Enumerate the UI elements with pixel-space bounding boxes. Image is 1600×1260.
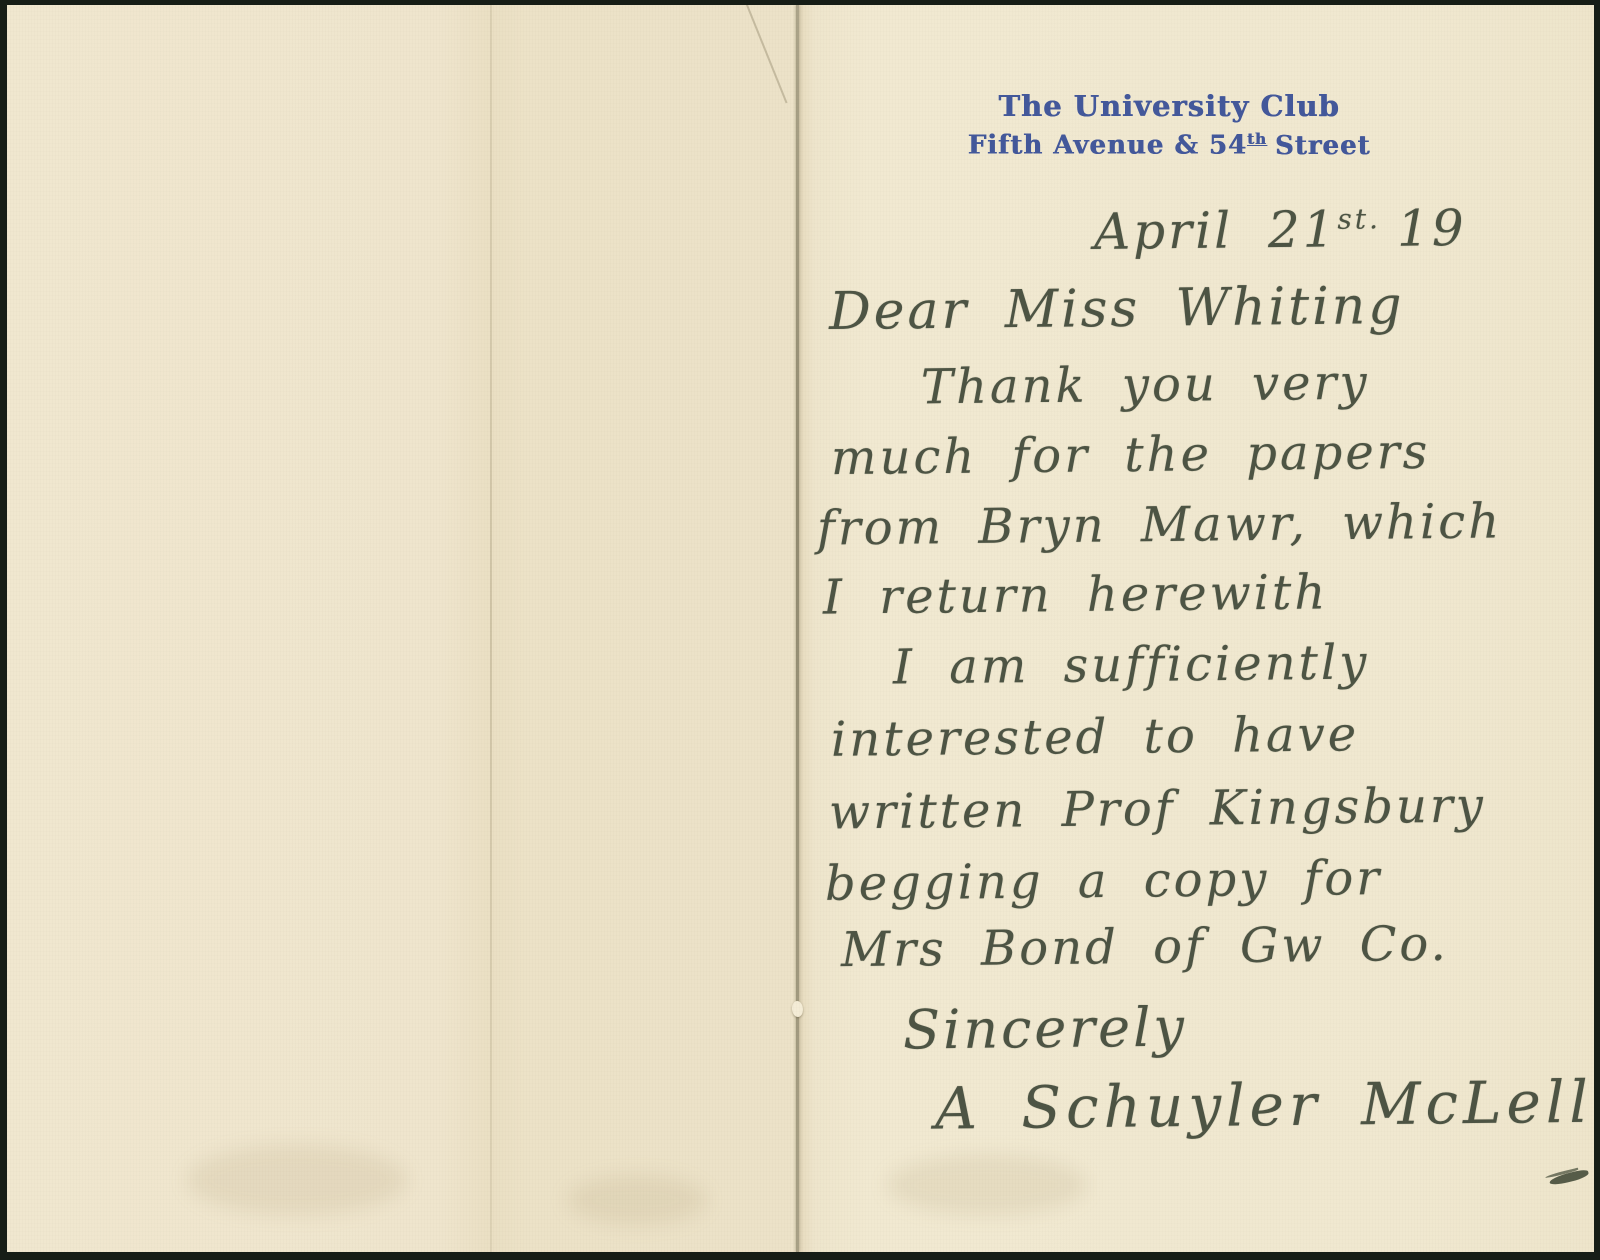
center-fold-crease (796, 5, 799, 1252)
signature: A Schuyler McLella (935, 1067, 1594, 1142)
letterhead-address-post: Street (1275, 131, 1371, 161)
body-line: Mrs Bond of Gw Co. (841, 916, 1449, 978)
body-line: I return herewith (823, 564, 1329, 625)
ink-flourish-mark (1549, 1168, 1590, 1186)
paper-wrinkle (567, 1175, 707, 1225)
letter-sheet: The University Club Fifth Avenue & 54thS… (7, 5, 1594, 1252)
body-line: Thank you very (921, 355, 1370, 416)
page-left-blank (7, 5, 799, 1252)
paper-wrinkle (887, 1155, 1087, 1215)
fold-tear-notch (792, 1001, 803, 1017)
body-line: begging a copy for (825, 850, 1383, 912)
letterhead-club-name: The University Club (799, 89, 1539, 123)
date-ordinal: st. (1337, 202, 1381, 235)
scan-background: The University Club Fifth Avenue & 54thS… (0, 0, 1600, 1260)
letterhead: The University Club Fifth Avenue & 54thS… (799, 89, 1539, 161)
page-right-letter: The University Club Fifth Avenue & 54thS… (799, 5, 1594, 1252)
date-line: April 21st.19 (1094, 199, 1467, 261)
letterhead-address: Fifth Avenue & 54thStreet (799, 130, 1539, 161)
body-line: interested to have (831, 706, 1360, 768)
letterhead-address-pre: Fifth Avenue & 54 (968, 131, 1247, 161)
letterhead-address-ordinal: th (1247, 130, 1267, 148)
body-line: I am sufficiently (893, 635, 1370, 696)
paper-wrinkle (187, 1145, 407, 1215)
closing-line: Sincerely (903, 996, 1187, 1062)
date-year: 19 (1397, 199, 1467, 258)
body-line: from Bryn Mawr, which (817, 493, 1503, 556)
salutation-line: Dear Miss Whiting (829, 276, 1405, 342)
left-page-crease (490, 5, 492, 1252)
body-line: written Prof Kingsbury (829, 778, 1486, 841)
date-prefix: April 21 (1094, 200, 1338, 261)
body-line: much for the papers (831, 424, 1431, 486)
